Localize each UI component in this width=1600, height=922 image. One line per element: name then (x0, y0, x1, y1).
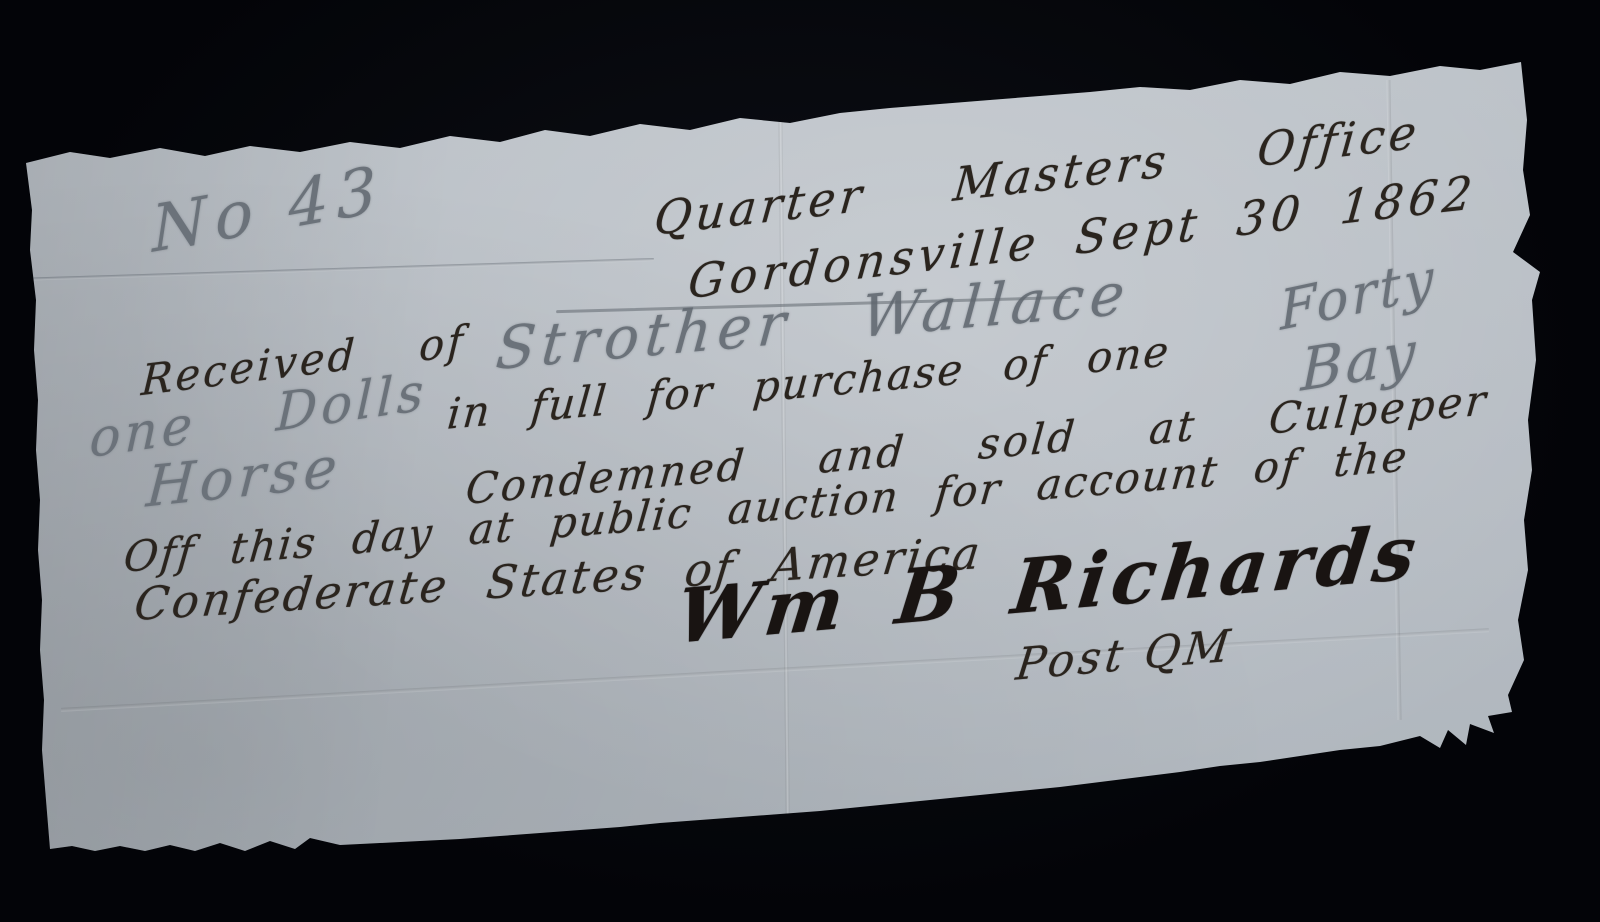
signer-title: Post QM (1014, 624, 1236, 688)
photo-background: No 43 Quarter Masters Office Gordonsvill… (0, 0, 1600, 922)
receipt-paper: No 43 Quarter Masters Office Gordonsvill… (0, 0, 1600, 922)
document-number: No 43 (151, 157, 386, 263)
signature: Wm B Richards (673, 515, 1425, 655)
horizontal-fold-crease-top (14, 258, 654, 281)
